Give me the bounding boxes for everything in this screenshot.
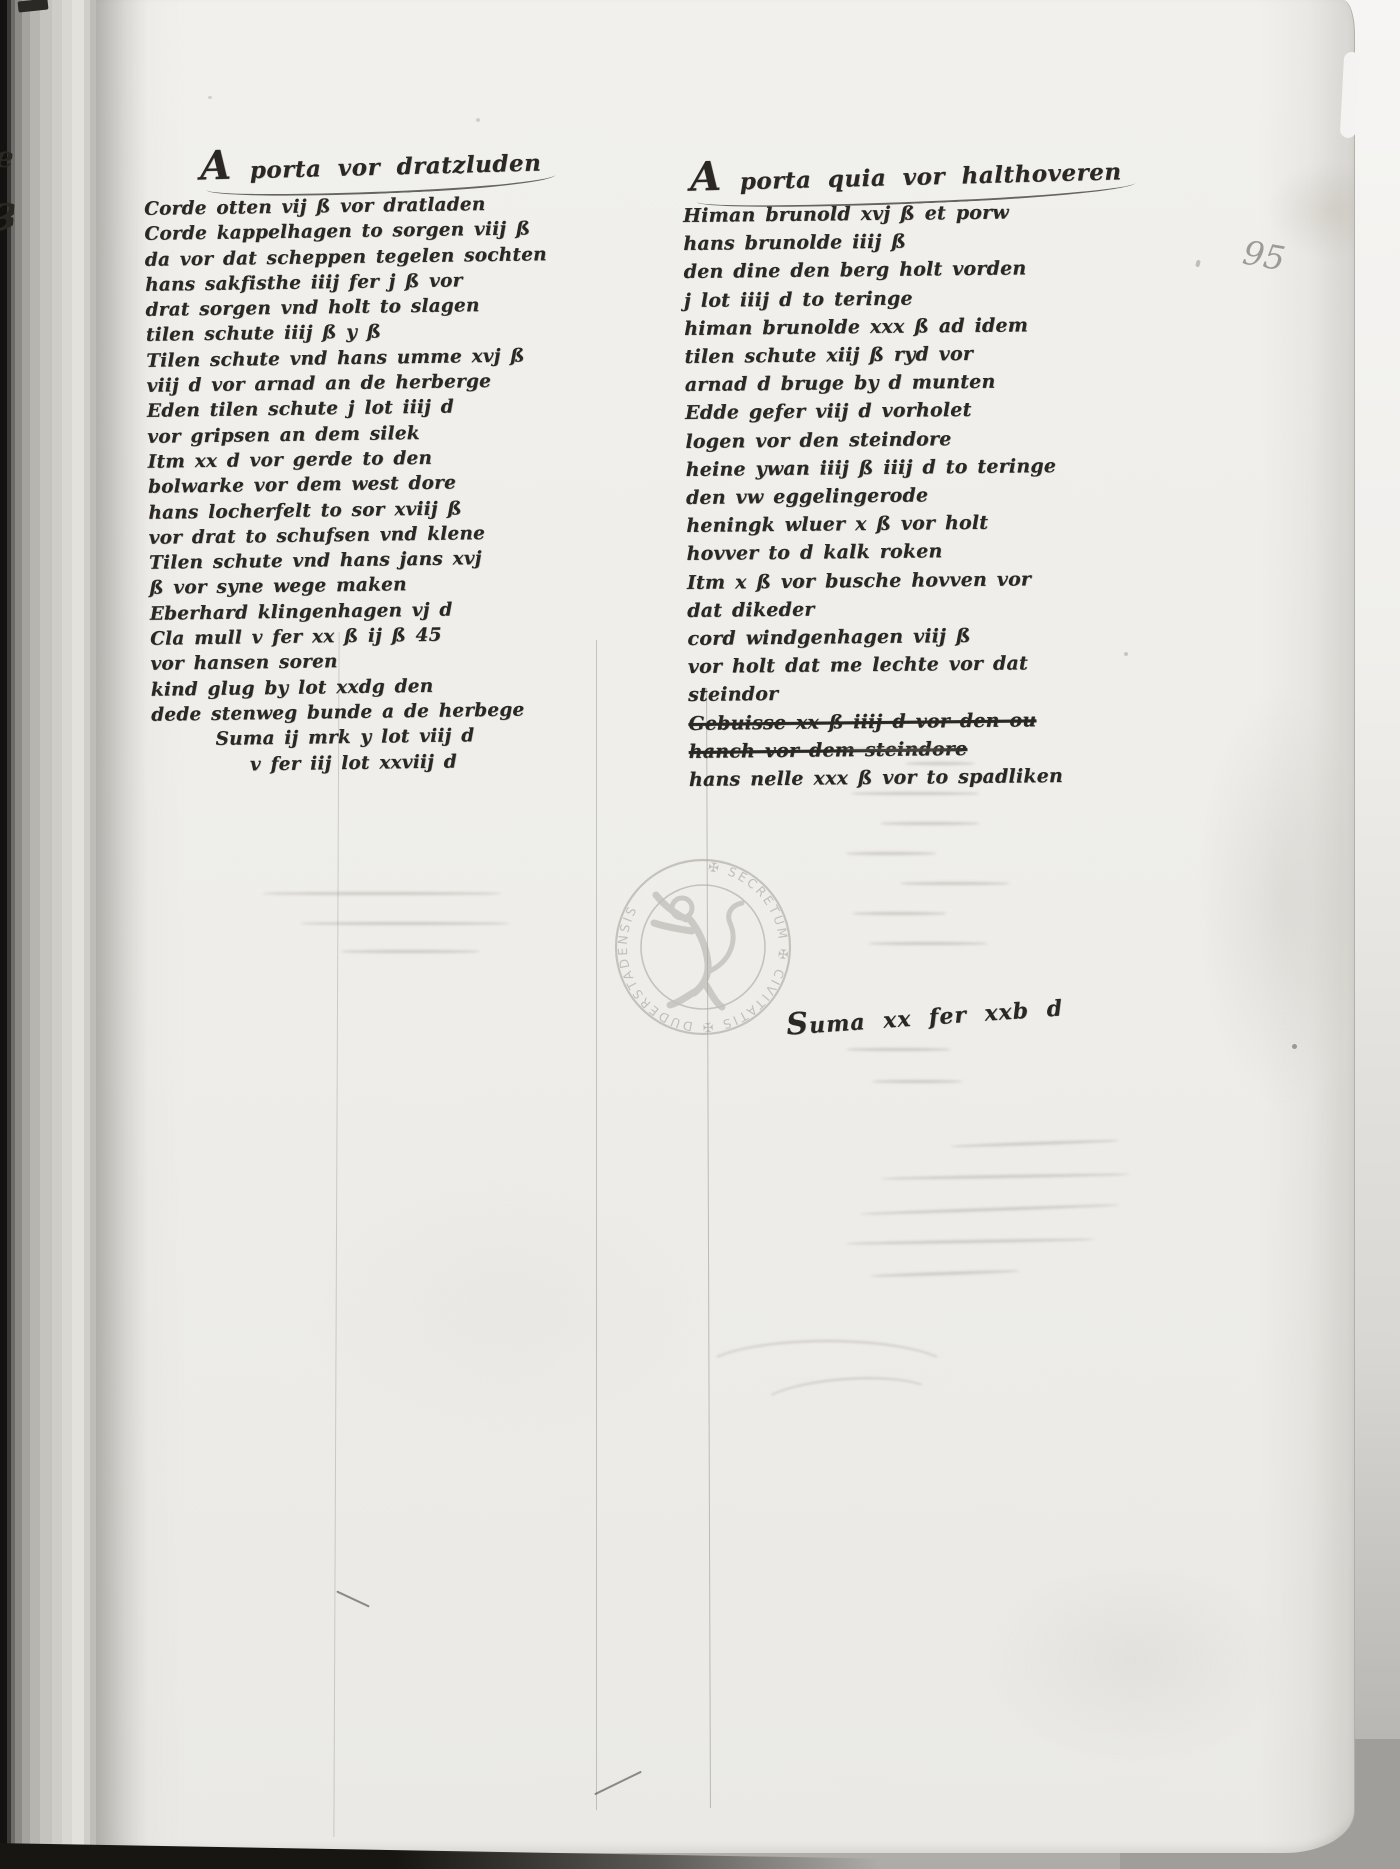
entry-line: j lot iiij d to teringe [684, 283, 1058, 315]
entry-line: hovver to d kalk roken [686, 536, 1060, 568]
entry-line: himan brunolde xxx ß ad idem [684, 311, 1058, 343]
column-heading-left: A porta vor dratzluden [199, 134, 541, 190]
entry-line: vor holt dat me lechte vor dat [688, 649, 1062, 681]
entry-line: Himan brunold xvj ß et porw [683, 198, 1057, 230]
show-through-mark [300, 922, 510, 925]
gutter-shadow [96, 0, 148, 1869]
folio-number: 95 [1240, 233, 1288, 279]
show-through-mark [850, 792, 980, 795]
entry-line: steindor [688, 677, 1062, 709]
ink-speck [476, 118, 480, 122]
entry-line: hans nelle xxx ß vor to spadliken [689, 762, 1063, 794]
entry-line: arnad d bruge by d munten [685, 367, 1059, 399]
left-column: Corde otten vij ß vor dratladen Corde ka… [144, 191, 554, 778]
city-seal-watermark: ✠ SECRETUM ✠ CIVITATIS ✠ DUDERSTADENSIS [612, 853, 794, 1039]
entry-line: logen vor den steindore [685, 424, 1059, 456]
summa-line: v fer iij lot xxviij d [250, 748, 554, 778]
right-column: Himan brunold xvj ß et porw hans brunold… [683, 198, 1063, 794]
show-through-mark [880, 822, 980, 825]
show-through-mark [905, 762, 975, 765]
show-through-mark [872, 1080, 962, 1083]
entry-line: hans brunolde iiij ß [683, 226, 1057, 258]
entry-line: heningk wluer x ß vor holt [686, 508, 1060, 540]
entry-line: den dine den berg holt vorden [683, 254, 1057, 286]
ink-speck [1124, 652, 1128, 656]
entry-line: Edde gefer viij d vorholet [685, 395, 1059, 427]
seal-lion-icon [654, 895, 742, 1007]
entry-line: heine ywan iiij ß iiij d to teringe [686, 452, 1060, 484]
entry-line-struck-through: Gebuisse xx ß iiij d vor den ou [688, 706, 1062, 738]
manuscript-scan: e ȝ A porta vor dratzluden A porta quia … [0, 0, 1400, 1869]
entry-line: den vw eggelingerode [686, 480, 1060, 512]
show-through-mark [846, 852, 936, 855]
entry-line: Itm x ß vor busche hovven vor [687, 565, 1061, 597]
entry-line: dat dikeder [687, 593, 1061, 625]
entry-line: tilen schute xiij ß ryd vor [684, 339, 1058, 371]
ink-speck [208, 96, 212, 99]
show-through-mark [868, 942, 988, 945]
show-through-mark [846, 1048, 951, 1051]
entry-line: cord windgenhagen viij ß [687, 621, 1061, 653]
show-through-mark [262, 892, 502, 895]
page-edge-notch [1340, 52, 1360, 139]
show-through-mark [852, 912, 947, 915]
show-through-mark [842, 748, 962, 751]
ink-speck [1292, 1044, 1297, 1049]
show-through-mark [340, 950, 480, 953]
show-through-mark [900, 882, 1010, 885]
fold-crease [596, 640, 597, 1810]
column-heading-right: A porta quia vor halthoveren [689, 142, 1122, 200]
binding-gutter [0, 0, 96, 1869]
